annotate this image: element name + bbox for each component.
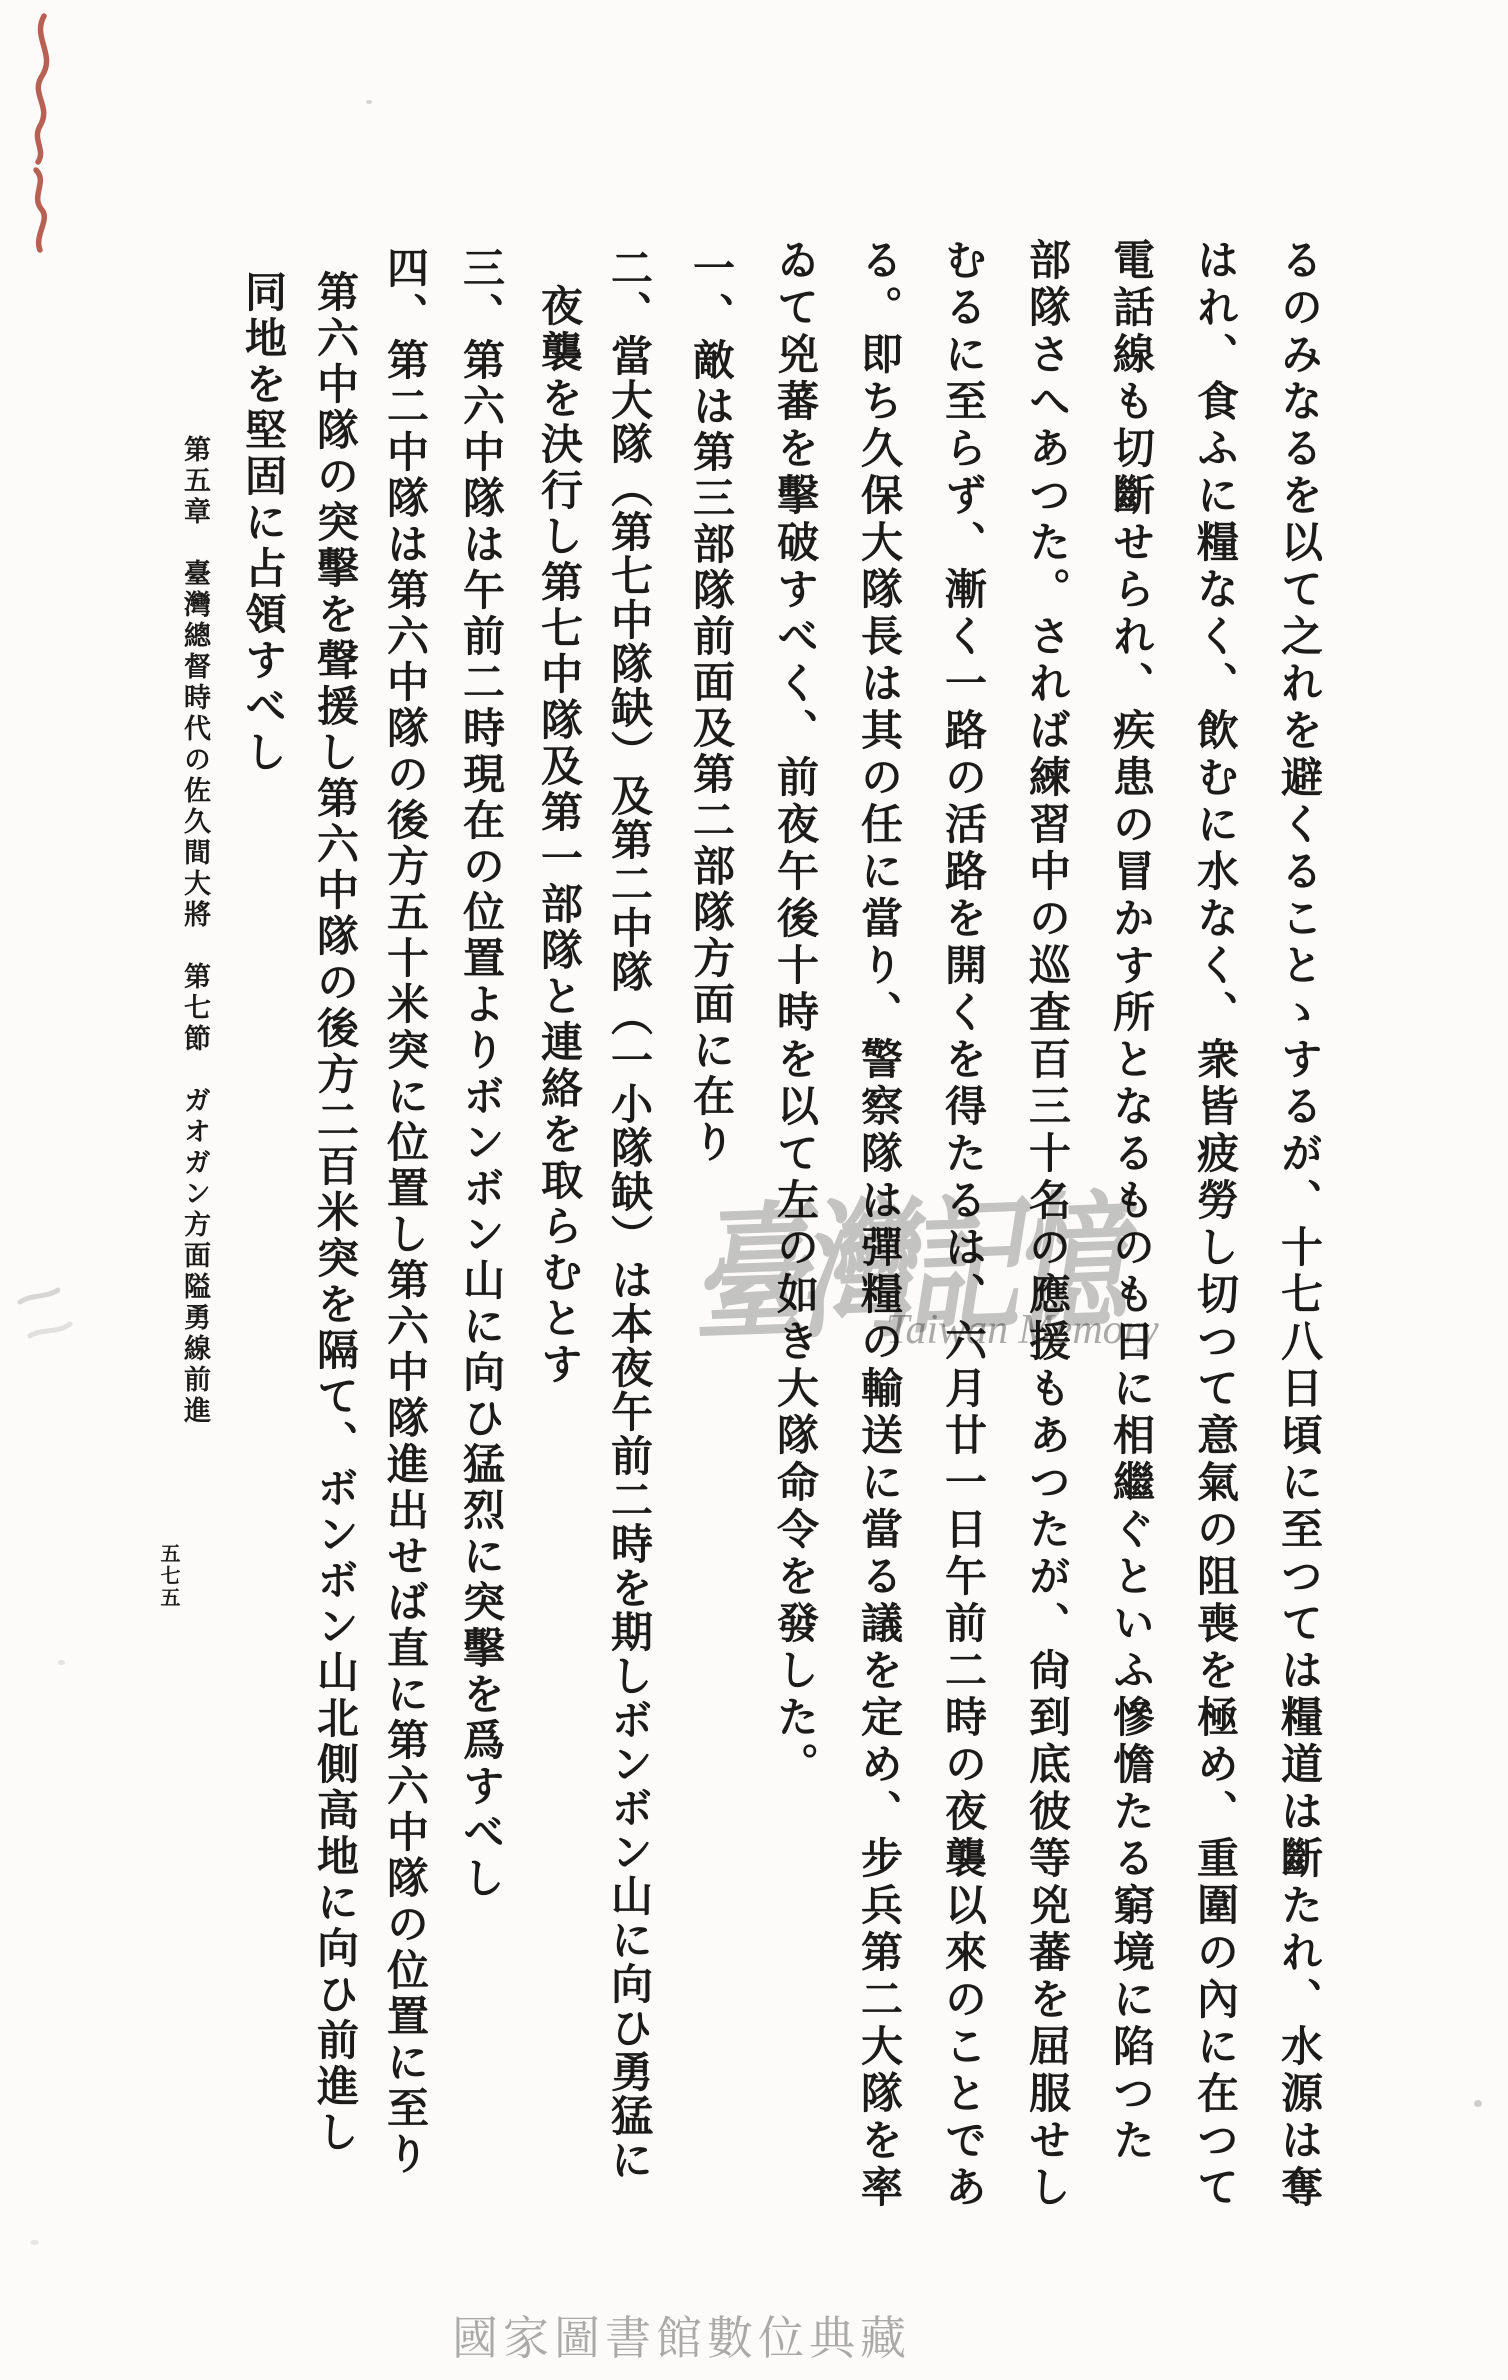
text-column: 三、第六中隊は午前二時現在の位置よりボンボン山に向ひ猛烈に突擊を爲すべし xyxy=(450,246,510,1902)
library-digital-archive-watermark: 國家圖書館數位典藏 xyxy=(452,2302,911,2368)
text-column: 電話線も切斷せられ、疾患の冒かす所となるものも日に相繼ぐといふ慘憺たる窮境に陷つ… xyxy=(1100,238,1160,2165)
text-column: むるに至らず、漸く一路の活路を開くを得たるは、六月廿一日午前二時の夜襲以來のこと… xyxy=(932,238,992,2212)
chapter-header: 第五章 臺灣總督時代の佐久間大將 第七節 ガオガン方面隘勇線前進 xyxy=(176,435,215,1427)
text-column: る。即ち久保大隊長は其の任に當り、警察隊は彈糧の輸送に當る議を定め、步兵第二大隊… xyxy=(848,238,908,2212)
text-column: はれ、食ふに糧なく、飲むに水なく、衆皆疲勞し切つて意氣の阻喪を極め、重圍の內に在… xyxy=(1184,238,1244,2212)
red-ink-strokes-icon xyxy=(6,10,76,255)
page-number: 五七五 xyxy=(154,1543,183,1609)
text-column: 一、敵は第三部隊前面及第二部隊方面に在り xyxy=(680,246,740,1166)
text-column: 部隊さへあつた。されば練習中の巡査百三十名の應援もあつたが、尙到底彼等兇蕃を屈服… xyxy=(1016,238,1076,2212)
text-column: ゐて兇蕃を擊破すべく、前夜午後十時を以て左の如き大隊命令を發した。 xyxy=(764,238,824,1789)
body-text-block: るのみなるを以て之れを避くることゝするが、十七八日頃に至つては糧道は斷たれ、水源… xyxy=(0,0,1508,2380)
text-column: 四、第二中隊は第六中隊の後方五十米突に位置し第六中隊進出せば直に第六中隊の位置に… xyxy=(374,246,434,2178)
text-column: 二、當大隊（第七中隊缺）及第二中隊（一小隊缺）は本夜午前二時を期しボンボン山に向… xyxy=(598,246,658,2182)
text-column: るのみなるを以て之れを避くることゝするが、十七八日頃に至つては糧道は斷たれ、水源… xyxy=(1268,238,1328,2212)
text-column: 夜襲を決行し第七中隊及第一部隊と連絡を取らむとす xyxy=(528,284,588,1388)
red-ink-marks xyxy=(6,10,76,260)
text-column: 同地を堅固に占領すべし xyxy=(232,270,292,776)
text-column: 第六中隊の突擊を聲援し第六中隊の後方二百米突を隔て、ボンボン山北側高地に向ひ前進… xyxy=(304,270,364,2156)
